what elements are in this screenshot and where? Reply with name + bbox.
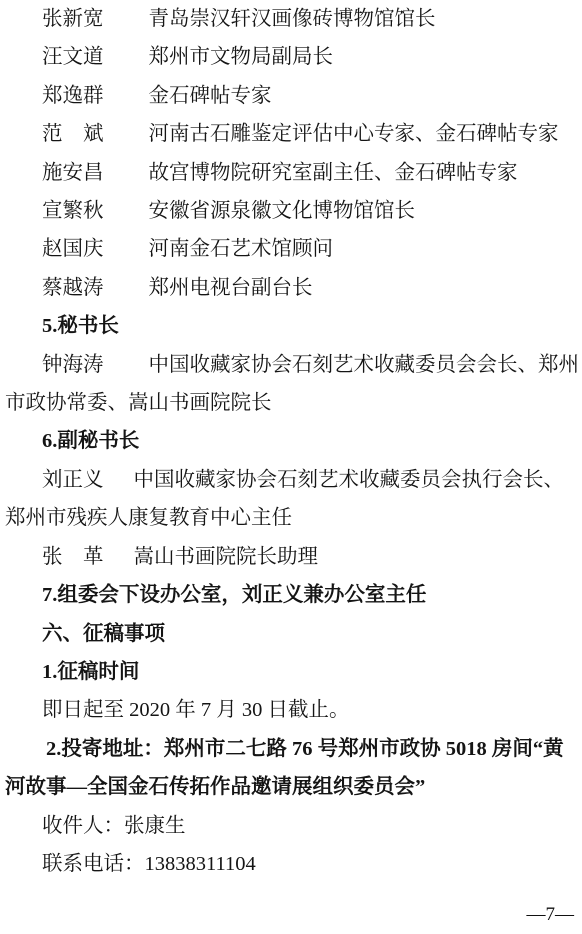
page-number: —7— (527, 904, 575, 926)
member-title: 河南金石艺术馆顾问 (149, 238, 334, 260)
member-name: 钟海涛 (42, 354, 104, 376)
column-gap (104, 370, 149, 371)
column-gap (104, 216, 149, 217)
member-title: 安徽省源泉徽文化博物馆馆长 (149, 200, 416, 222)
member-name: 施安昌 (42, 162, 104, 184)
section-heading: 六、征稿事项 (5, 615, 580, 653)
office-note: 7.组委会下设办公室，刘正义兼办公室主任 (5, 576, 580, 614)
secretary-heading: 5.秘书长 (5, 307, 580, 345)
deputy-row: 刘正义中国收藏家协会石刻艺术收藏委员会执行会长、郑州市残疾人康复教育中心主任 (5, 461, 580, 538)
document-page: 张新宽青岛崇汉轩汉画像砖博物馆馆长 汪文道郑州市文物局副局长 郑逸群金石碑帖专家… (0, 0, 582, 934)
member-title: 郑州电视台副台长 (149, 277, 313, 299)
member-title: 金石碑帖专家 (149, 85, 272, 107)
member-row: 范 斌河南古石雕鉴定评估中心专家、金石碑帖专家 (5, 115, 580, 153)
member-title: 河南古石雕鉴定评估中心专家、金石碑帖专家 (149, 123, 559, 145)
document-body: 张新宽青岛崇汉轩汉画像砖博物馆馆长 汪文道郑州市文物局副局长 郑逸群金石碑帖专家… (0, 0, 582, 883)
column-gap (104, 139, 149, 140)
column-gap (104, 178, 149, 179)
time-heading: 1.征稿时间 (5, 653, 580, 691)
member-name: 蔡越涛 (42, 277, 104, 299)
column-gap (104, 254, 149, 255)
member-name: 范 斌 (42, 123, 104, 145)
member-name: 赵国庆 (42, 238, 104, 260)
member-row: 施安昌故宫博物院研究室副主任、金石碑帖专家 (5, 154, 580, 192)
deputy-row: 张 革嵩山书画院院长助理 (5, 538, 580, 576)
member-row: 张新宽青岛崇汉轩汉画像砖博物馆馆长 (5, 0, 580, 38)
member-name: 张新宽 (42, 8, 104, 30)
deadline-text: 即日起至 2020 年 7 月 30 日截止。 (5, 691, 580, 729)
phone-line: 联系电话：13838311104 (5, 845, 580, 883)
recipient-line: 收件人：张康生 (5, 807, 580, 845)
member-row: 蔡越涛郑州电视台副台长 (5, 269, 580, 307)
mailing-address: 2.投寄地址：郑州市二七路 76 号郑州市政协 5018 房间“黄河故事—全国金… (5, 730, 580, 807)
member-row: 赵国庆河南金石艺术馆顾问 (5, 230, 580, 268)
member-row: 汪文道郑州市文物局副局长 (5, 38, 580, 76)
member-name: 汪文道 (42, 46, 104, 68)
member-row: 郑逸群金石碑帖专家 (5, 77, 580, 115)
member-title: 故宫博物院研究室副主任、金石碑帖专家 (149, 162, 518, 184)
column-gap (104, 62, 149, 63)
secretary-row: 钟海涛中国收藏家协会石刻艺术收藏委员会会长、郑州市政协常委、嵩山书画院院长 (5, 346, 580, 423)
member-title: 嵩山书画院院长助理 (134, 546, 319, 568)
deputy-secretary-heading: 6.副秘书长 (5, 422, 580, 460)
column-gap (104, 293, 149, 294)
member-name: 宣繁秋 (42, 200, 104, 222)
member-row: 宣繁秋安徽省源泉徽文化博物馆馆长 (5, 192, 580, 230)
member-title: 郑州市文物局副局长 (149, 46, 334, 68)
member-title: 青岛崇汉轩汉画像砖博物馆馆长 (149, 8, 436, 30)
column-gap (104, 101, 149, 102)
member-name: 张 革 (42, 546, 104, 568)
column-gap (104, 24, 149, 25)
member-name: 郑逸群 (42, 85, 104, 107)
column-gap (104, 562, 134, 563)
column-gap (104, 485, 134, 486)
member-name: 刘正义 (42, 469, 104, 491)
